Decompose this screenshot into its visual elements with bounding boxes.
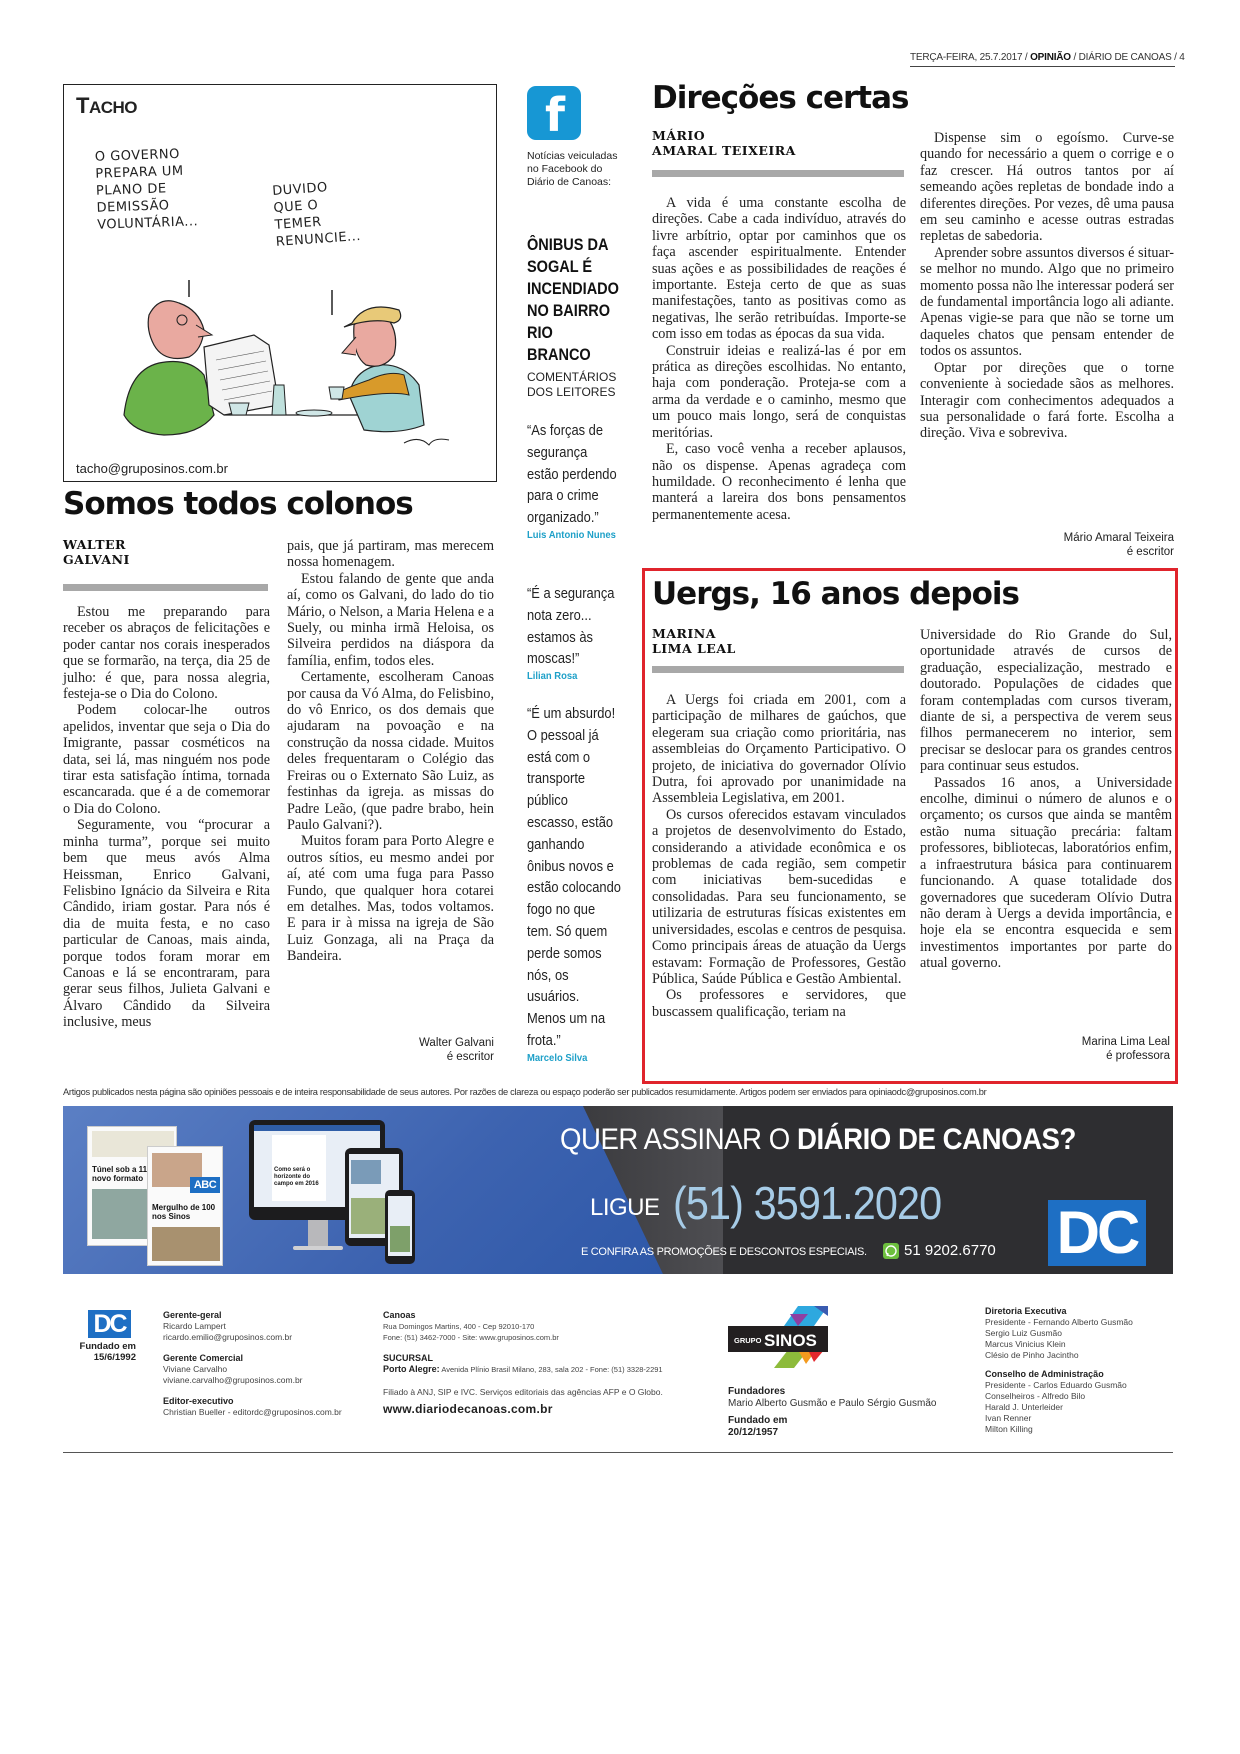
svg-text:GRUPO: GRUPO — [734, 1336, 762, 1345]
cartoon-box: TACHO O GOVERNO PREPARA UM PLANO DE DEMI… — [63, 84, 497, 482]
facebook-intro: Notícias veiculadas no Facebook do Diári… — [527, 150, 627, 189]
banner-ligue: LIGUE — [590, 1194, 660, 1222]
signature-uergs: Marina Lima Leal é professora — [920, 1035, 1170, 1063]
newspaper-mockup: ABC Mergulho de 100 nos Sinos — [147, 1146, 223, 1266]
comment-quote: “É a segurança nota zero... estamos às m… — [527, 583, 622, 670]
header-section: OPINIÃO — [1030, 52, 1071, 63]
byline-rule — [63, 584, 268, 591]
footer-management: Gerente-geral Ricardo Lampert ricardo.em… — [163, 1310, 342, 1418]
headline-uergs: Uergs, 16 anos depois — [652, 576, 1019, 612]
header-paper: / DIÁRIO DE CANOAS / 4 — [1071, 52, 1185, 63]
website-link[interactable]: www.diariodecanoas.com.br — [383, 1402, 663, 1416]
footer-rule — [63, 1452, 1173, 1453]
article-uergs-col1: A Uergs foi criada em 2001, com a partic… — [652, 692, 906, 1020]
dc-logo: DC — [1048, 1200, 1146, 1266]
page-header: TERÇA-FEIRA, 25.7.2017 / OPINIÃO / DIÁRI… — [910, 52, 1175, 63]
byline-rule — [652, 170, 904, 177]
footer-dc-logo: DC — [88, 1310, 131, 1338]
facebook-headline: ÔNIBUS DA SOGAL É INCENDIADO NO BAIRRO R… — [527, 234, 619, 366]
header-rule — [910, 66, 1175, 67]
subscription-banner[interactable]: DC Túnel sob a 116 em novo formato ABC M… — [63, 1106, 1173, 1274]
headline-direcoes: Direções certas — [652, 80, 909, 116]
byline-direcoes: MÁRIO AMARAL TEIXEIRA — [652, 128, 796, 158]
signature-direcoes: Mário Amaral Teixeira é escritor — [920, 531, 1174, 559]
cartoon-illustration — [104, 275, 474, 455]
whatsapp-icon — [883, 1243, 899, 1259]
signature-colonos: Walter Galvani é escritor — [287, 1036, 494, 1064]
header-date: TERÇA-FEIRA, 25.7.2017 / — [910, 52, 1030, 63]
svg-text:SINOS: SINOS — [764, 1331, 817, 1350]
comment-item: “As forças de segurança estão perdendo p… — [527, 420, 637, 542]
speech-bubble-right: DUVIDO QUE O TEMER RENUNCIE... — [272, 177, 362, 251]
footer-board: Diretoria Executiva Presidente - Fernand… — [985, 1306, 1133, 1435]
comments-label: COMENTÁRIOS DOS LEITORES — [527, 370, 637, 400]
banner-promo-text: E CONFIRA AS PROMOÇÕES E DESCONTOS ESPEC… — [581, 1246, 867, 1258]
banner-phone-number[interactable]: (51) 3591.2020 — [673, 1176, 941, 1230]
phone-mockup — [385, 1190, 415, 1264]
comment-quote: “É um absurdo! O pessoal já está com o t… — [527, 703, 622, 1052]
banner-question: QUER ASSINAR O DIÁRIO DE CANOAS? — [560, 1123, 1076, 1157]
grupo-fundadores: Fundadores Mario Alberto Gusmão e Paulo … — [728, 1386, 936, 1439]
article-direcoes-col2: Dispense sim o egoísmo. Curve-se quando … — [920, 130, 1174, 442]
byline-rule — [652, 666, 904, 673]
whatsapp-number[interactable]: 51 9202.6770 — [904, 1242, 996, 1259]
comment-author: Luis Antonio Nunes — [527, 529, 626, 542]
byline-uergs: MARINA LIMA LEAL — [652, 626, 736, 656]
grupo-sinos-logo: GRUPO SINOS — [728, 1306, 858, 1372]
article-direcoes-col1: A vida é uma constante escolha de direçõ… — [652, 195, 906, 523]
headline-colonos: Somos todos colonos — [63, 486, 413, 522]
dc-founded: Fundado em 15/6/1992 — [70, 1341, 136, 1363]
byline-colonos: WALTER GALVANI — [63, 537, 130, 567]
disclaimer: Artigos publicados nesta página são opin… — [63, 1087, 1173, 1097]
comment-author: Lilian Rosa — [527, 670, 626, 683]
facebook-icon[interactable]: f — [527, 86, 581, 140]
comment-item: “É a segurança nota zero... estamos às m… — [527, 583, 637, 683]
footer-addresses: Canoas Rua Domingos Martins, 400 - Cep 9… — [383, 1310, 663, 1416]
cartoon-title: TACHO — [76, 93, 137, 119]
comment-quote: “As forças de segurança estão perdendo p… — [527, 420, 622, 529]
article-colonos-col2: pais, que já partiram, mas merecem nossa… — [287, 538, 494, 965]
article-uergs-col2: Universidade do Rio Grande do Sul, oport… — [920, 627, 1172, 972]
article-colonos-col1: Estou me preparando para receber os abra… — [63, 604, 270, 1031]
comment-author: Marcelo Silva — [527, 1052, 626, 1065]
comment-item: “É um absurdo! O pessoal já está com o t… — [527, 703, 637, 1065]
cartoon-email[interactable]: tacho@gruposinos.com.br — [76, 461, 228, 476]
speech-bubble-left: O GOVERNO PREPARA UM PLANO DE DEMISSÃO V… — [95, 145, 199, 233]
